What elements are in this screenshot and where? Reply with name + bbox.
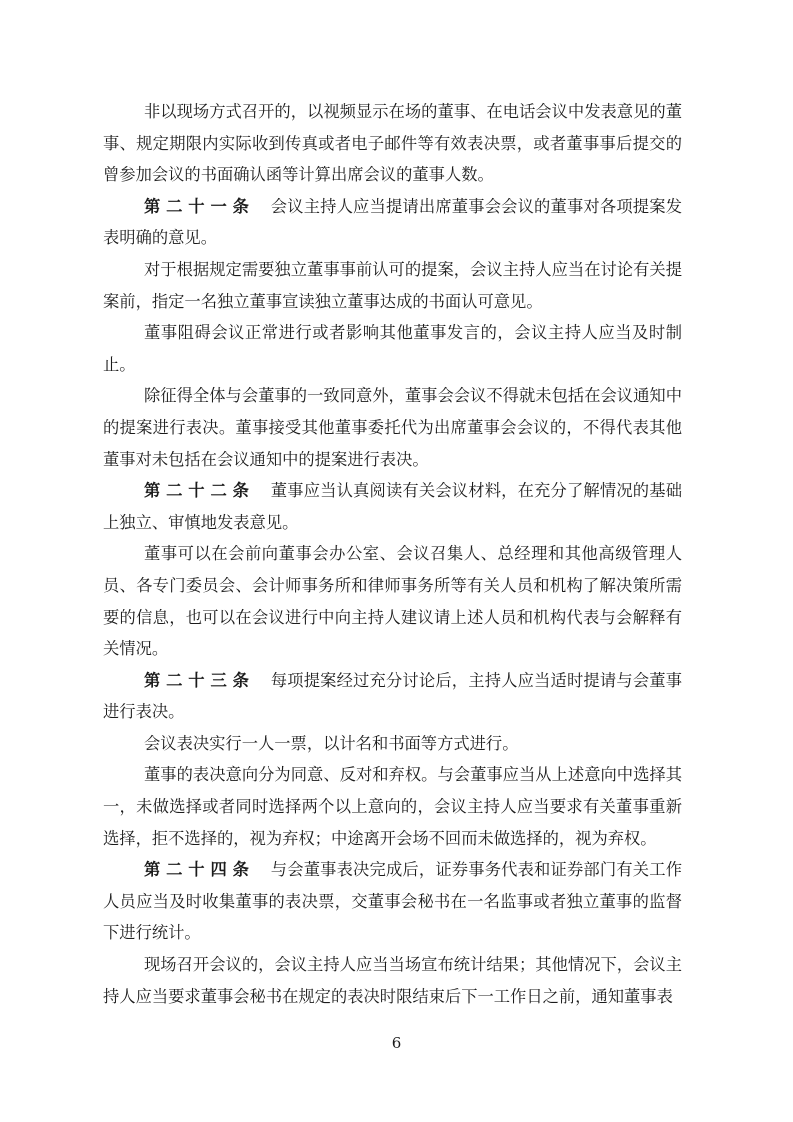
article-paragraph: 第二十四条与会董事表决完成后，证券事务代表和证券部门有关工作人员应当及时收集董事… <box>103 854 682 949</box>
article-number: 第二十一条 <box>144 197 255 216</box>
body-paragraph: 非以现场方式召开的，以视频显示在场的董事、在电话会议中发表意见的董事、规定期限内… <box>103 96 682 191</box>
article-number: 第二十四条 <box>144 860 255 879</box>
body-paragraph: 除征得全体与会董事的一致同意外，董事会会议不得就未包括在会议通知中的提案进行表决… <box>103 380 682 475</box>
body-paragraph: 对于根据规定需要独立董事事前认可的提案，会议主持人应当在讨论有关提案前，指定一名… <box>103 254 682 317</box>
article-paragraph: 第二十一条会议主持人应当提请出席董事会会议的董事对各项提案发表明确的意见。 <box>103 191 682 254</box>
article-number: 第二十三条 <box>144 671 255 690</box>
body-paragraph: 董事阻碍会议正常进行或者影响其他董事发言的，会议主持人应当及时制止。 <box>103 317 682 380</box>
page-number: 6 <box>392 1034 402 1052</box>
body-paragraph: 会议表决实行一人一票，以计名和书面等方式进行。 <box>103 728 682 760</box>
body-paragraph: 董事的表决意向分为同意、反对和弃权。与会董事应当从上述意向中选择其一，未做选择或… <box>103 759 682 854</box>
article-number: 第二十二条 <box>144 481 255 500</box>
article-paragraph: 第二十三条每项提案经过充分讨论后，主持人应当适时提请与会董事进行表决。 <box>103 665 682 728</box>
article-paragraph: 第二十二条董事应当认真阅读有关会议材料，在充分了解情况的基础上独立、审慎地发表意… <box>103 475 682 538</box>
document-body: 非以现场方式召开的，以视频显示在场的董事、在电话会议中发表意见的董事、规定期限内… <box>103 96 682 1012</box>
body-paragraph: 董事可以在会前向董事会办公室、会议召集人、总经理和其他高级管理人员、各专门委员会… <box>103 538 682 664</box>
page-footer: 6 <box>0 1033 793 1052</box>
body-paragraph: 现场召开会议的，会议主持人应当当场宣布统计结果；其他情况下，会议主持人应当要求董… <box>103 949 682 1012</box>
document-page: 非以现场方式召开的，以视频显示在场的董事、在电话会议中发表意见的董事、规定期限内… <box>0 0 793 1122</box>
